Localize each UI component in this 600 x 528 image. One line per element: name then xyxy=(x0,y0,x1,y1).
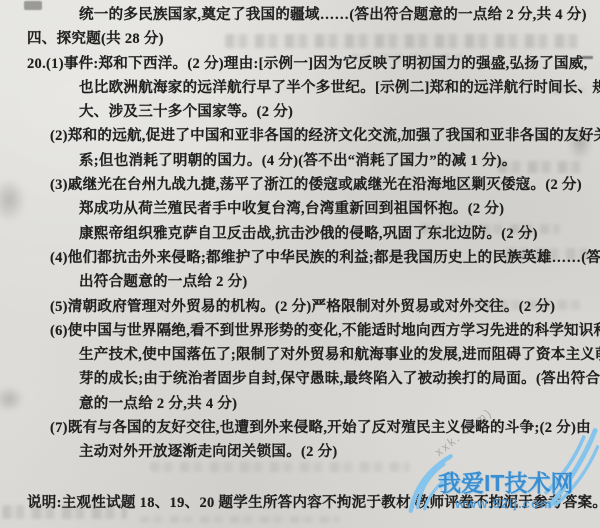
answer-line: 生产技术,使中国落伍了;限制了对外贸易和航海事业的发展,进而阻碍了资本主义萌 xyxy=(0,343,600,367)
answer-line: (3)戚继光在台州九战九捷,荡平了浙江的倭寇或戚继光在沿海地区剿灭倭寇。(2 分… xyxy=(0,173,600,197)
answer-line: 芽的成长;由于统治者固步自封,保守愚昧,最终陷入了被动挨打的局面。(答出符合题 xyxy=(0,367,600,391)
answer-line: (2)郑和的远航,促进了中国和亚非各国的经济文化交流,加强了我国和亚非各国的友好… xyxy=(0,124,600,148)
answer-line: 系;但也消耗了明朝的国力。(4 分)(答不出“消耗了国力”的减 1 分)。 xyxy=(0,149,600,173)
answer-line: 主动对外开放逐渐走向闭关锁国。(2 分) xyxy=(0,440,600,464)
answer-line: (6)使中国与世界隔绝,看不到世界形势的变化,不能适时地向西方学习先进的科学知识… xyxy=(0,319,600,343)
answer-line: 也比欧洲航海家的远洋航行早了半个多世纪。[示例二]郑和的远洋航行时间长、规模 xyxy=(0,76,600,100)
answer-line: 大、涉及三十多个国家等。(2 分) xyxy=(0,100,600,124)
answer-line: (4)他们都抗击外来侵略;都维护了中华民族的利益;都是我国历史上的民族英雄……(… xyxy=(0,246,600,270)
answer-line: 意的一点给 2 分,共 4 分) xyxy=(0,392,600,416)
answer-line: 康熙帝组织雅克萨自卫反击战,抗击沙俄的侵略,巩固了东北边防。(2 分) xyxy=(0,222,600,246)
answer-line: 郑成功从荷兰殖民者手中收复台湾,台湾重新回到祖国怀抱。(2 分) xyxy=(0,197,600,221)
answer-line: 统一的多民族国家,奠定了我国的疆域……(答出符合题意的一点给 2 分,共 4 分… xyxy=(0,3,600,27)
answer-key-body: 统一的多民族国家,奠定了我国的疆域……(答出符合题意的一点给 2 分,共 4 分… xyxy=(0,3,600,515)
answer-line: (5)清朝政府管理对外贸易的机构。(2 分)严格限制对外贸易或对外交往。(2 分… xyxy=(0,295,600,319)
answer-line: 出符合题意的一点给 2 分) xyxy=(0,270,600,294)
answer-line: 20.(1)事件:郑和下西洋。(2 分)理由:[示例一]因为它反映了明初国力的强… xyxy=(0,52,600,76)
scanned-exam-page: 统一的多民族国家,奠定了我国的疆域……(答出符合题意的一点给 2 分,共 4 分… xyxy=(0,0,600,528)
answer-line: (7)既有与各国的友好交往,也遭到外来侵略,开始了反对殖民主义侵略的斗争;(2 … xyxy=(0,416,600,440)
section-heading: 四、探究题(共 28 分) xyxy=(0,27,600,51)
grading-note: 说明:主观性试题 18、19、20 题学生所答内容不拘泥于教材,教师评卷不拘泥于… xyxy=(0,491,600,515)
scan-noise xyxy=(140,516,340,523)
